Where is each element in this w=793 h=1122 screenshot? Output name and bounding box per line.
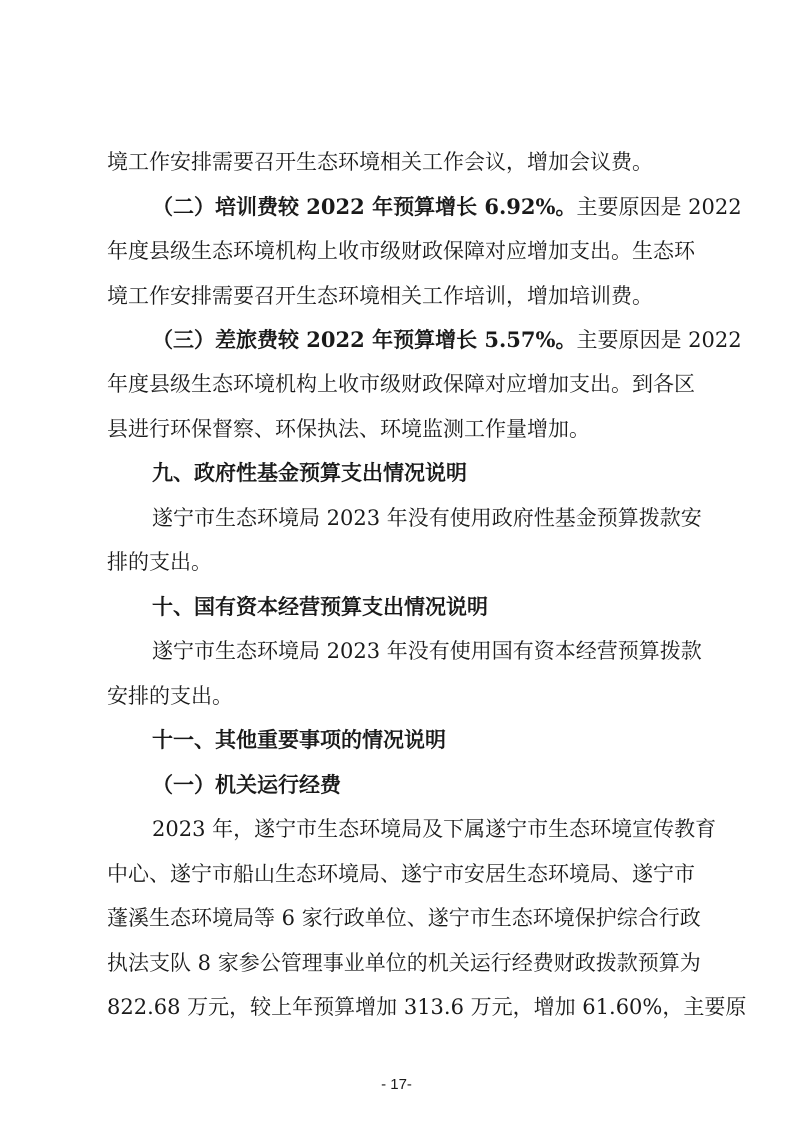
paragraph-line: 执法支队 8 家参公管理事业单位的机关运行经费财政拨款预算为 bbox=[107, 941, 689, 985]
paragraph-line: 排的支出。 bbox=[107, 540, 689, 584]
document-page: 境工作安排需要召开生态环境相关工作会议，增加会议费。 （二）培训费较 2022 … bbox=[0, 0, 793, 1122]
bold-lead: （三）差旅费较 2022 年预算增长 5.57%。 bbox=[152, 327, 576, 352]
paragraph-line: 中心、遂宁市船山生态环境局、遂宁市安居生态环境局、遂宁市 bbox=[107, 852, 689, 896]
paragraph-line: 2023 年，遂宁市生态环境局及下属遂宁市生态环境宣传教育 bbox=[152, 807, 689, 851]
paragraph-line: 822.68 万元，较上年预算增加 313.6 万元，增加 61.60%，主要原 bbox=[107, 985, 689, 1029]
subsection-heading-operating-costs: （一）机关运行经费 bbox=[152, 763, 689, 807]
paragraph-line: 境工作安排需要召开生态环境相关工作会议，增加会议费。 bbox=[107, 140, 689, 184]
subsection-heading-travel: （三）差旅费较 2022 年预算增长 5.57%。主要原因是 2022 bbox=[152, 318, 689, 362]
paragraph-line: 年度县级生态环境机构上收市级财政保障对应增加支出。生态环 bbox=[107, 229, 689, 273]
section-heading-11: 十一、其他重要事项的情况说明 bbox=[152, 718, 689, 762]
paragraph-text: 主要原因是 2022 bbox=[576, 328, 741, 352]
paragraph-line: 县进行环保督察、环保执法、环境监测工作量增加。 bbox=[107, 407, 689, 451]
paragraph-line: 年度县级生态环境机构上收市级财政保障对应增加支出。到各区 bbox=[107, 362, 689, 406]
paragraph-line: 遂宁市生态环境局 2023 年没有使用政府性基金预算拨款安 bbox=[152, 496, 689, 540]
section-heading-9: 九、政府性基金预算支出情况说明 bbox=[152, 451, 689, 495]
paragraph-line: 境工作安排需要召开生态环境相关工作培训，增加培训费。 bbox=[107, 274, 689, 318]
paragraph-line: 遂宁市生态环境局 2023 年没有使用国有资本经营预算拨款 bbox=[152, 629, 689, 673]
paragraph-line: 蓬溪生态环境局等 6 家行政单位、遂宁市生态环境保护综合行政 bbox=[107, 896, 689, 940]
subsection-heading-training: （二）培训费较 2022 年预算增长 6.92%。主要原因是 2022 bbox=[152, 185, 689, 229]
paragraph-text: 主要原因是 2022 bbox=[576, 195, 741, 219]
bold-lead: （二）培训费较 2022 年预算增长 6.92%。 bbox=[152, 194, 576, 219]
paragraph-line: 安排的支出。 bbox=[107, 674, 689, 718]
section-heading-10: 十、国有资本经营预算支出情况说明 bbox=[152, 585, 689, 629]
page-number: - 17- bbox=[0, 1076, 793, 1093]
